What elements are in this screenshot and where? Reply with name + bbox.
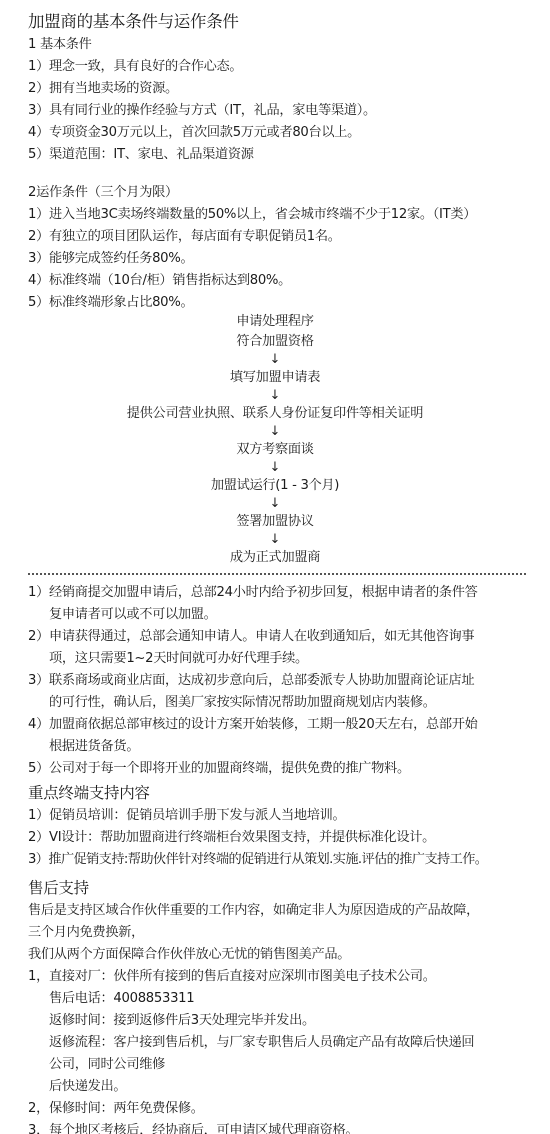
down-arrow-icon: ↓ — [0, 352, 550, 368]
basic-item: 5）渠道范围：IT、家电、礼品渠道资源 — [28, 144, 540, 166]
terminal-support-item: 2）VI设计：帮助加盟商进行终端柜台效果图支持，并提供标准化设计。 — [28, 827, 548, 849]
down-arrow-icon: ↓ — [0, 496, 550, 512]
after-sales-section: 售后支持 售后是支持区域合作伙伴重要的工作内容，如确定非人为原因造成的产品故障，… — [28, 876, 540, 1134]
process-item: 3）联系商场或商业店面，达成初步意向后，总部委派专人协助加盟商论证店址 的可行性… — [28, 670, 540, 714]
operation-item: 2）有独立的项目团队运作，每店面有专职促销员1名。 — [28, 226, 540, 248]
flowchart-title: 申请处理程序 — [0, 312, 550, 332]
operation-conditions-heading: 2运作条件（三个月为限） — [28, 182, 540, 204]
process-item-continuation: 复申请者可以或不可以加盟。 — [28, 604, 540, 626]
basic-conditions-section: 加盟商的基本条件与运作条件 1 基本条件 1）理念一致，具有良好的合作心态。 2… — [28, 10, 540, 314]
after-sales-intro: 售后是支持区域合作伙伴重要的工作内容，如确定非人为原因造成的产品故障， — [28, 900, 540, 922]
basic-item: 4）专项资金30万元以上，首次回款5万元或者80台以上。 — [28, 122, 540, 144]
repair-time: 返修时间：接到返修件后3天处理完毕并发出。 — [28, 1010, 540, 1032]
spacer — [28, 166, 540, 182]
down-arrow-icon: ↓ — [0, 424, 550, 440]
basic-conditions-heading: 1 基本条件 — [28, 34, 540, 56]
terminal-support-item: 3）推广促销支持:帮助伙伴针对终端的促销进行从策划.实施.评估的推广支持工作。 — [28, 849, 548, 871]
flow-step: 填写加盟申请表 — [0, 368, 550, 388]
operation-item: 1）进入当地3C卖场终端数量的50%以上，省会城市终端不少于12家。（IT类） — [28, 204, 540, 226]
process-details-section: 1）经销商提交加盟申请后，总部24小时内给予初步回复，根据申请者的条件答 复申请… — [28, 582, 540, 780]
basic-item: 1）理念一致，具有良好的合作心态。 — [28, 56, 540, 78]
document-title: 加盟商的基本条件与运作条件 — [28, 10, 540, 34]
process-item-text: 3）联系商场或商业店面，达成初步意向后，总部委派专人协助加盟商论证店址 — [28, 673, 474, 688]
process-item: 2）申请获得通过，总部会通知申请人。申请人在收到通知后，如无其他咨询事 项，这只… — [28, 626, 540, 670]
process-item: 1）经销商提交加盟申请后，总部24小时内给予初步回复，根据申请者的条件答 复申请… — [28, 582, 540, 626]
process-item-continuation: 项，这只需要1~2天时间就可办好代理手续。 — [28, 648, 540, 670]
dotted-divider — [28, 573, 526, 575]
flow-step: 签署加盟协议 — [0, 512, 550, 532]
basic-item: 2）拥有当地卖场的资源。 — [28, 78, 540, 100]
operation-item: 4）标准终端（10台/柜）销售指标达到80%。 — [28, 270, 540, 292]
operation-item: 5）标准终端形象占比80%。 — [28, 292, 540, 314]
process-item-continuation: 的可行性，确认后，图美厂家按实际情况帮助加盟商规划店内装修。 — [28, 692, 540, 714]
repair-flow: 公司，同时公司维修 — [28, 1054, 540, 1076]
application-flowchart: 申请处理程序 符合加盟资格 ↓ 填写加盟申请表 ↓ 提供公司营业执照、联系人身份… — [0, 312, 550, 568]
flow-step: 加盟试运行(1 - 3个月) — [0, 476, 550, 496]
terminal-support-section: 重点终端支持内容 1）促销员培训：促销员培训手册下发与派人当地培训。 2）VI设… — [28, 781, 548, 871]
repair-flow: 返修流程：客户接到售后机，与厂家专职售后人员确定产品有故障后快递回 — [28, 1032, 540, 1054]
warranty-item: 2，保修时间：两年免费保修。 — [28, 1098, 540, 1120]
flow-step: 双方考察面谈 — [0, 440, 550, 460]
after-sales-intro: 我们从两个方面保障合作伙伴放心无忧的销售图美产品。 — [28, 944, 540, 966]
repair-flow: 后快递发出。 — [28, 1076, 540, 1098]
process-item-text: 2）申请获得通过，总部会通知申请人。申请人在收到通知后，如无其他咨询事 — [28, 629, 474, 644]
regional-agent-item: 3，每个地区考核后，经协商后，可申请区域代理商资格。 — [28, 1120, 540, 1134]
direct-factory-item: 1，直接对厂：伙伴所有接到的售后直接对应深圳市图美电子技术公司。 — [28, 966, 540, 988]
after-sales-phone: 售后电话：4008853311 — [28, 988, 540, 1010]
process-item-text: 1）经销商提交加盟申请后，总部24小时内给予初步回复，根据申请者的条件答 — [28, 585, 478, 600]
terminal-support-item: 1）促销员培训：促销员培训手册下发与派人当地培训。 — [28, 805, 548, 827]
flow-step: 成为正式加盟商 — [0, 548, 550, 568]
flow-step: 提供公司营业执照、联系人身份证复印件等相关证明 — [0, 404, 550, 424]
down-arrow-icon: ↓ — [0, 388, 550, 404]
process-item: 5）公司对于每一个即将开业的加盟商终端，提供免费的推广物料。 — [28, 758, 540, 780]
after-sales-intro: 三个月内免费换新， — [28, 922, 540, 944]
process-item-continuation: 根据进货备货。 — [28, 736, 540, 758]
process-item: 4）加盟商依据总部审核过的设计方案开始装修，工期一般20天左右，总部开始 根据进… — [28, 714, 540, 758]
down-arrow-icon: ↓ — [0, 532, 550, 548]
process-item-text: 4）加盟商依据总部审核过的设计方案开始装修，工期一般20天左右，总部开始 — [28, 717, 478, 732]
process-item-text: 5）公司对于每一个即将开业的加盟商终端，提供免费的推广物料。 — [28, 761, 410, 776]
down-arrow-icon: ↓ — [0, 460, 550, 476]
after-sales-heading: 售后支持 — [28, 876, 540, 900]
flow-step: 符合加盟资格 — [0, 332, 550, 352]
terminal-support-heading: 重点终端支持内容 — [28, 781, 548, 805]
basic-item: 3）具有同行业的操作经验与方式（IT，礼品，家电等渠道）。 — [28, 100, 540, 122]
operation-item: 3）能够完成签约任务80%。 — [28, 248, 540, 270]
